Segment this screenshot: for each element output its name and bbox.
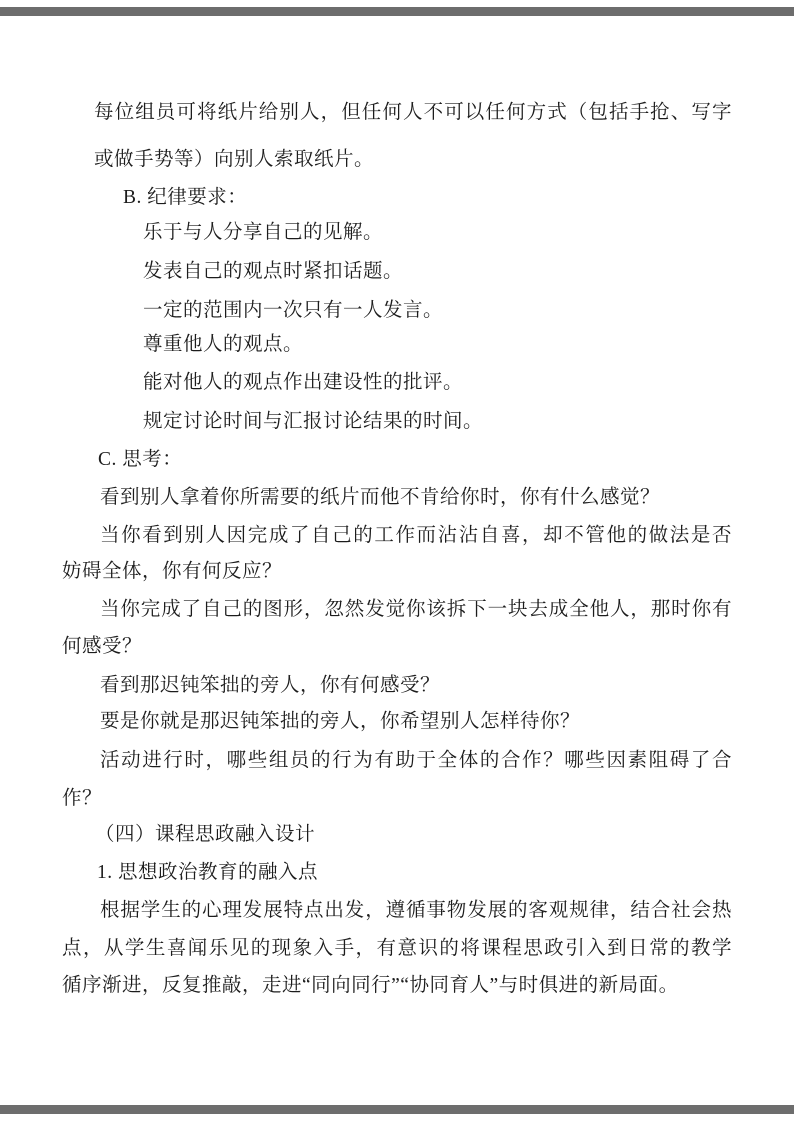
text-line: 作？ [62,780,102,818]
text-line: 循序渐进，反复推敲，走进“同向同行”“协同育人”与时俱进的新局面。 [62,967,679,1005]
text-line: 乐于与人分享自己的见解。 [143,214,383,252]
page-separator-top [0,7,794,16]
text-line: 要是你就是那迟钝笨拙的旁人，你希望别人怎样待你？ [100,703,580,741]
text-line: 点，从学生喜闻乐见的现象入手，有意识的将课程思政引入到日常的教学中， [62,930,732,968]
text-line-heading-1: 1. 思想政治教育的融入点 [97,854,318,892]
text-line: 能对他人的观点作出建设性的批评。 [143,364,463,402]
text-line-heading-b: B. 纪律要求： [123,179,247,217]
text-line: 每位组员可将纸片给别人，但任何人不可以任何方式（包括手抢、写字 [94,94,732,132]
text-line: 发表自己的观点时紧扣话题。 [143,253,403,291]
text-line: 规定讨论时间与汇报讨论结果的时间。 [143,403,483,441]
document-page: 每位组员可将纸片给别人，但任何人不可以任何方式（包括手抢、写字 或做手势等）向别… [0,0,794,1123]
text-line: 尊重他人的观点。 [143,326,303,364]
text-line: 或做手势等）向别人索取纸片。 [94,141,374,179]
text-line-heading-c: C. 思考： [98,441,182,479]
text-line: 当你看到别人因完成了自己的工作而沾沾自喜，却不管他的做法是否 [100,517,732,555]
page-separator-bottom [0,1105,794,1114]
text-line: 根据学生的心理发展特点出发，遵循事物发展的客观规律，结合社会热 [100,892,732,930]
text-line: 看到那迟钝笨拙的旁人，你有何感受？ [100,667,440,705]
text-line: 当你完成了自己的图形，忽然发觉你该拆下一块去成全他人，那时你有 [100,591,732,629]
text-line: 何感受？ [62,628,142,666]
text-line: 妨碍全体，你有何反应？ [62,553,282,591]
text-line: 一定的范围内一次只有一人发言。 [143,292,443,330]
text-line: 看到别人拿着你所需要的纸片而他不肯给你时，你有什么感觉？ [100,479,660,517]
text-line-heading-section-4: （四）课程思政融入设计 [95,816,315,854]
text-line: 活动进行时，哪些组员的行为有助于全体的合作？哪些因素阻碍了合 [100,742,732,780]
